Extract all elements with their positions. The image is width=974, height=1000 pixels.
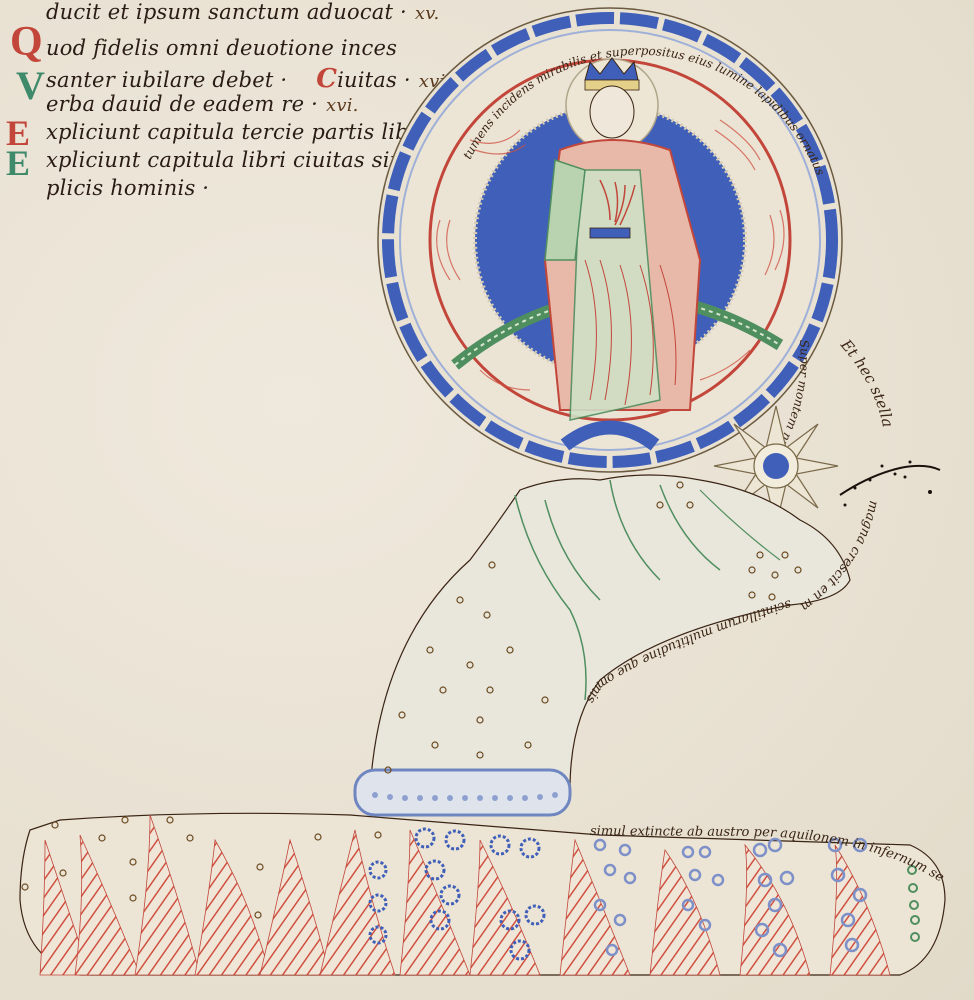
dotted-trail (840, 461, 940, 507)
manuscript-page: ducit et ipsum sanctum aduocat ·xv. Q uo… (0, 0, 974, 1000)
star-center-icon (763, 453, 789, 479)
starry-mountain (355, 475, 850, 815)
mountain-base (355, 770, 570, 815)
label-right-upper: Et hec stella (836, 335, 897, 429)
illumination: tumens incidens mirabilis et superpositu… (0, 0, 974, 1000)
